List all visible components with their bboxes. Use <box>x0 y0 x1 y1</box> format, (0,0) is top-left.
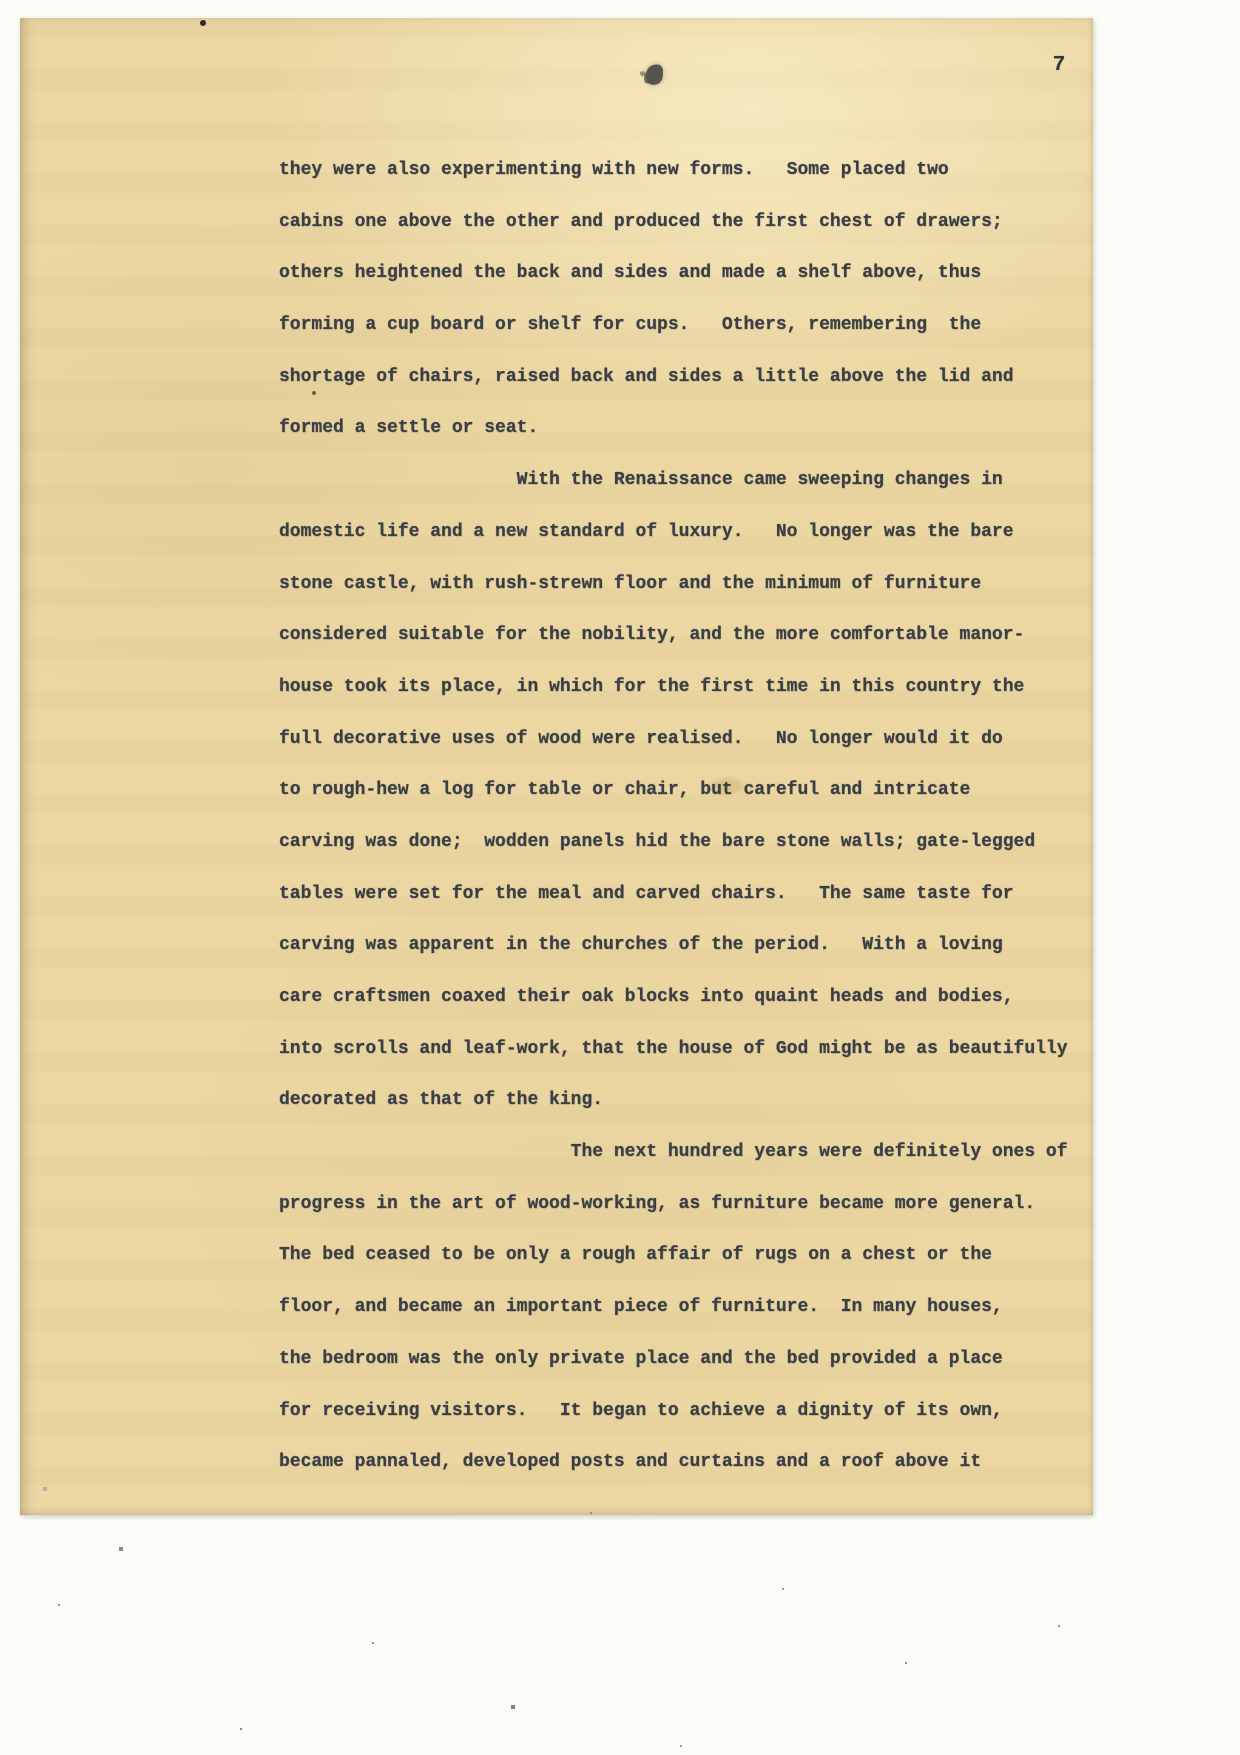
page-number: 7 <box>1044 54 1074 77</box>
typed-line: considered suitable for the nobility, an… <box>279 610 1068 662</box>
typed-line: carving was done; wodden panels hid the … <box>279 817 1068 869</box>
typed-line: others heightened the back and sides and… <box>279 248 1068 300</box>
typed-line: to rough-hew a log for table or chair, b… <box>279 765 1068 817</box>
document-page: 7 they were also experimenting with new … <box>20 18 1093 1515</box>
typed-line: domestic life and a new standard of luxu… <box>279 507 1068 559</box>
typed-line: shortage of chairs, raised back and side… <box>279 352 1068 404</box>
typed-line: floor, and became an important piece of … <box>279 1282 1068 1334</box>
typed-line: cabins one above the other and produced … <box>279 197 1068 249</box>
typed-line: the bedroom was the only private place a… <box>279 1334 1068 1386</box>
typed-line paragraph-start: With the Renaissance came sweeping chang… <box>279 455 1068 507</box>
typed-line: The bed ceased to be only a rough affair… <box>279 1230 1068 1282</box>
typed-line: decorated as that of the king. <box>279 1075 1068 1127</box>
ink-smudge-mark <box>644 62 666 86</box>
typed-line paragraph-start: The next hundred years were definitely o… <box>279 1127 1068 1179</box>
typed-line: full decorative uses of wood were realis… <box>279 714 1068 766</box>
typewritten-text-block: they were also experimenting with new fo… <box>279 145 1068 1489</box>
typed-line: for receiving visitors. It began to achi… <box>279 1386 1068 1438</box>
scanner-dust-specks <box>0 0 2 2</box>
typed-line: they were also experimenting with new fo… <box>279 145 1068 197</box>
typed-line: formed a settle or seat. <box>279 403 1068 455</box>
typed-line: forming a cup board or shelf for cups. O… <box>279 300 1068 352</box>
typed-line: tables were set for the meal and carved … <box>279 869 1068 921</box>
typed-line: house took its place, in which for the f… <box>279 662 1068 714</box>
typed-line: care craftsmen coaxed their oak blocks i… <box>279 972 1068 1024</box>
typed-line: progress in the art of wood-working, as … <box>279 1179 1068 1231</box>
typed-line: became pannaled, developed posts and cur… <box>279 1437 1068 1489</box>
typed-line: carving was apparent in the churches of … <box>279 920 1068 972</box>
typed-line: into scrolls and leaf-work, that the hou… <box>279 1024 1068 1076</box>
ink-fleck-mark <box>200 20 206 26</box>
typed-line: stone castle, with rush-strewn floor and… <box>279 559 1068 611</box>
